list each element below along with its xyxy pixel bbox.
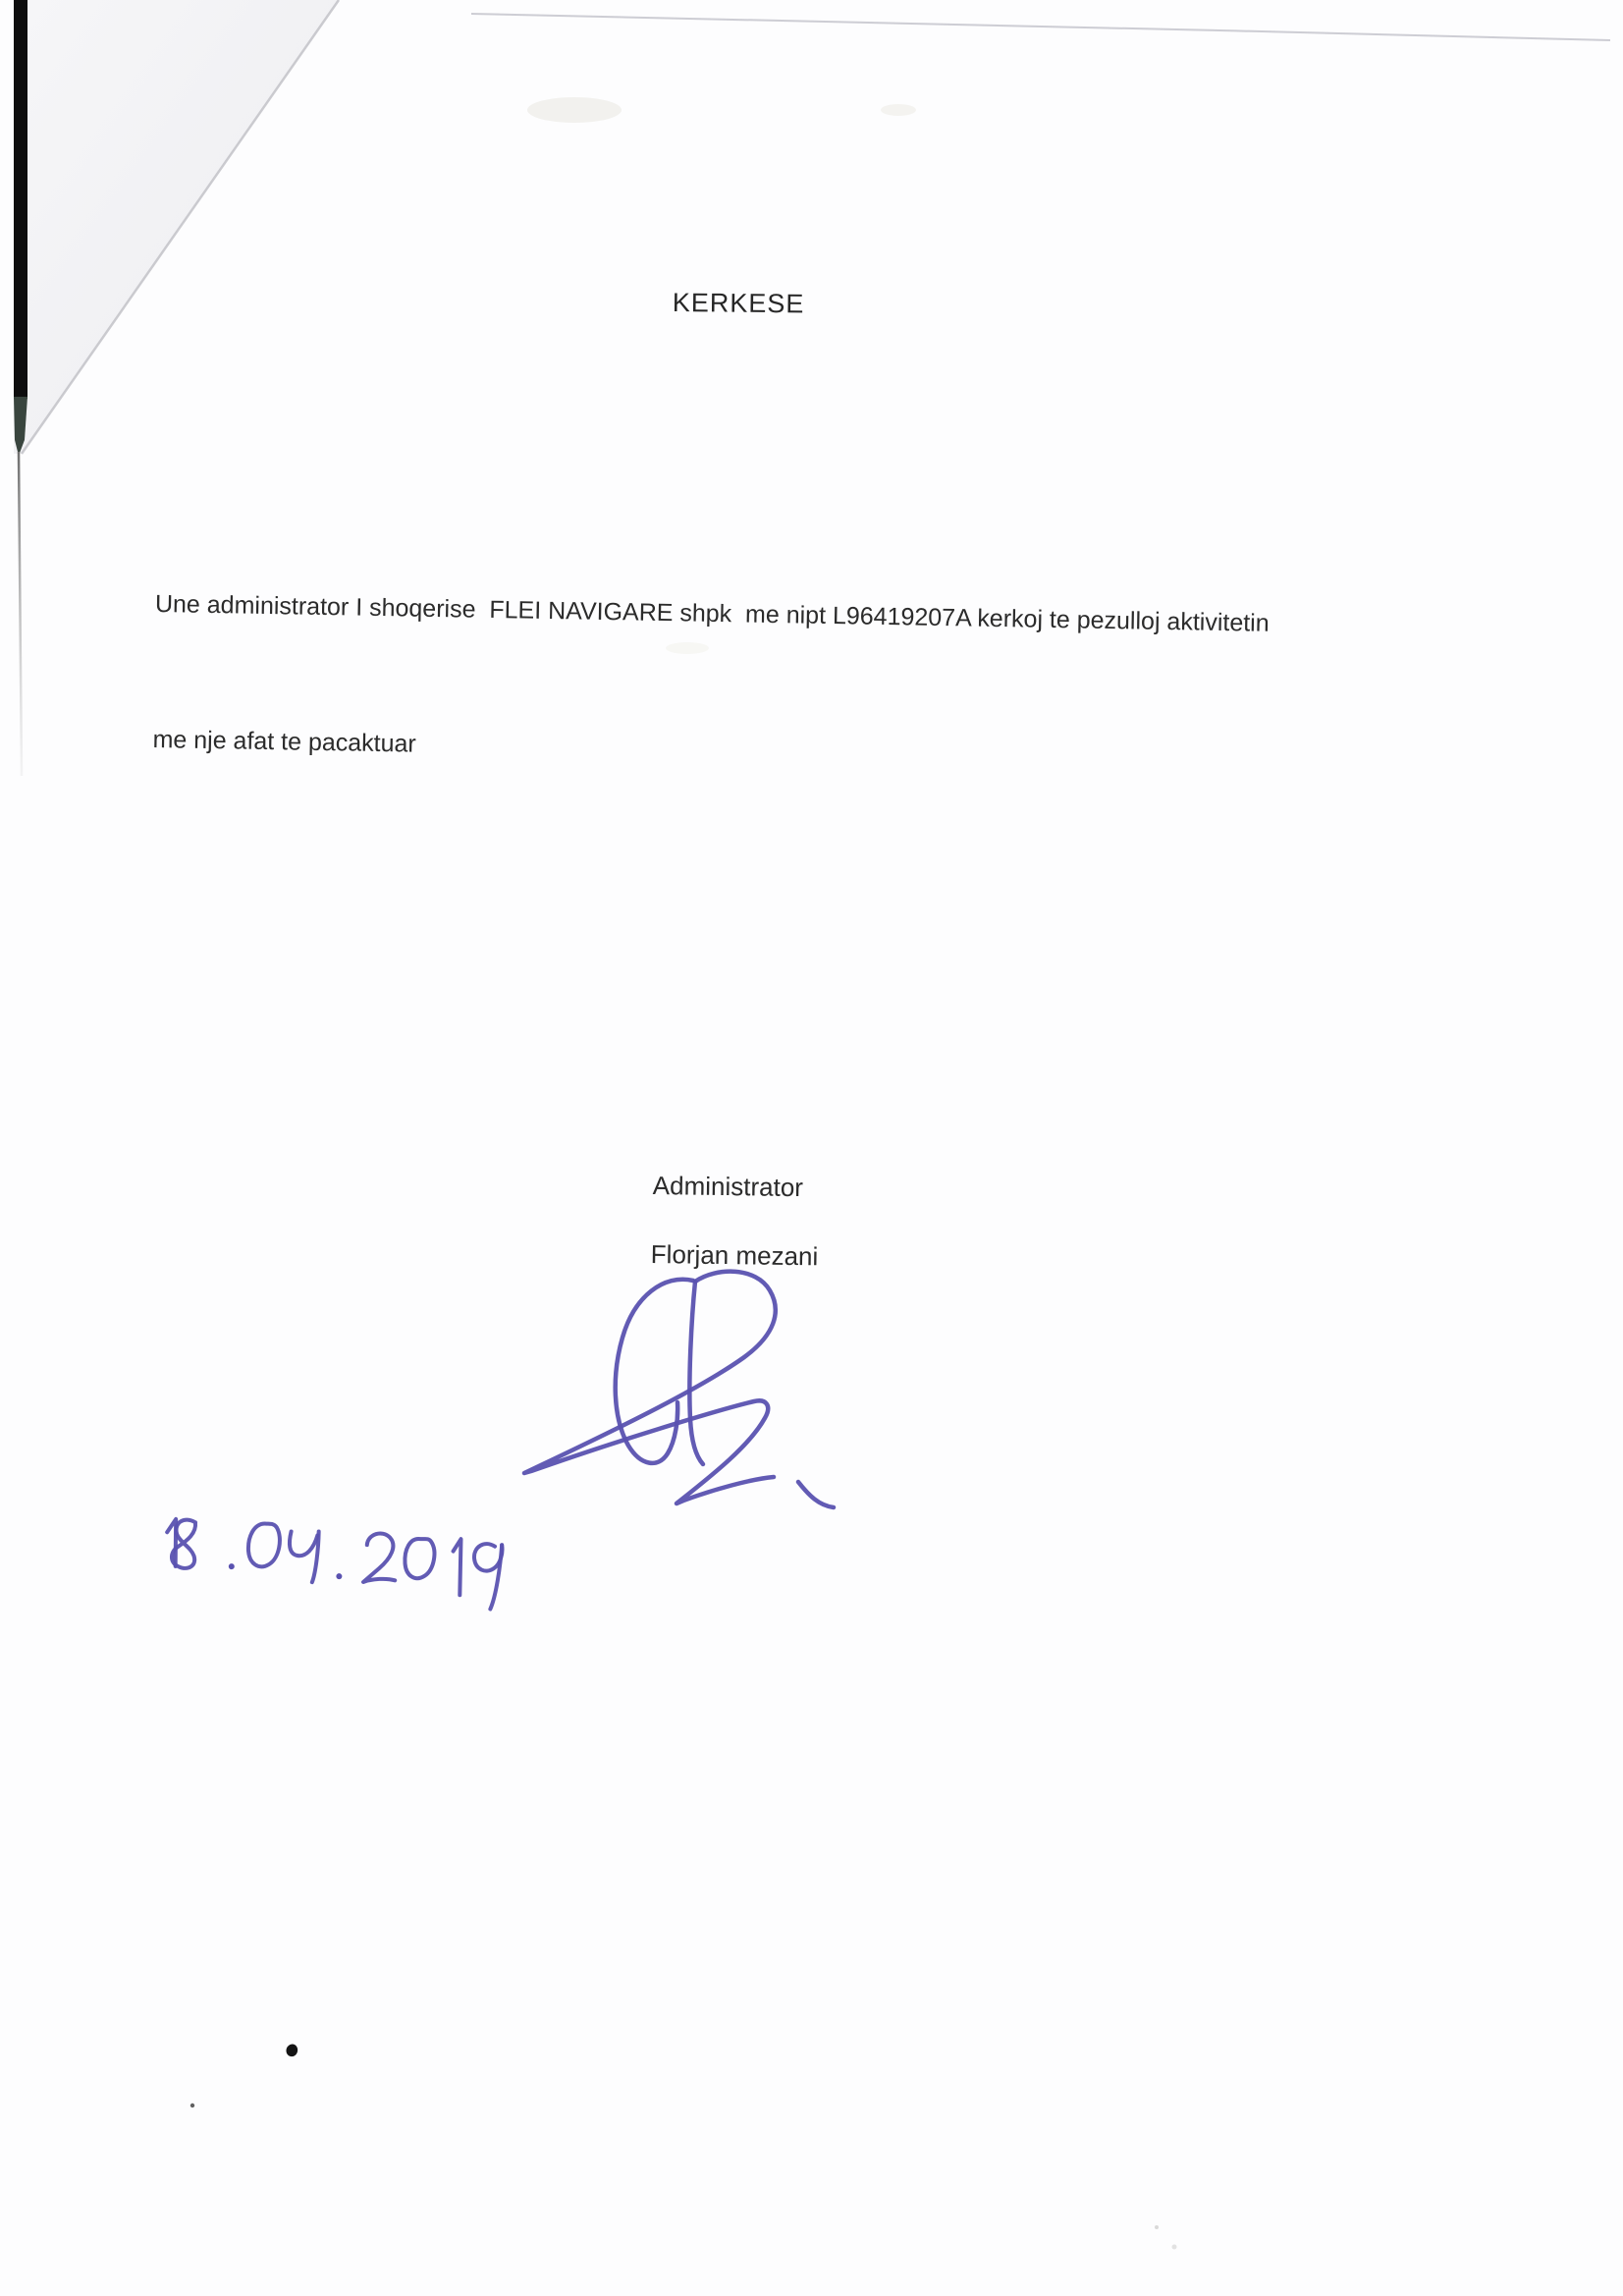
scanned-document-page: KERKESE Une administrator I shoqerise FL… — [0, 0, 1623, 2296]
ink-layer — [0, 0, 1623, 2296]
handwritten-date-ink — [163, 1516, 503, 1610]
signature-ink — [524, 1272, 834, 1507]
